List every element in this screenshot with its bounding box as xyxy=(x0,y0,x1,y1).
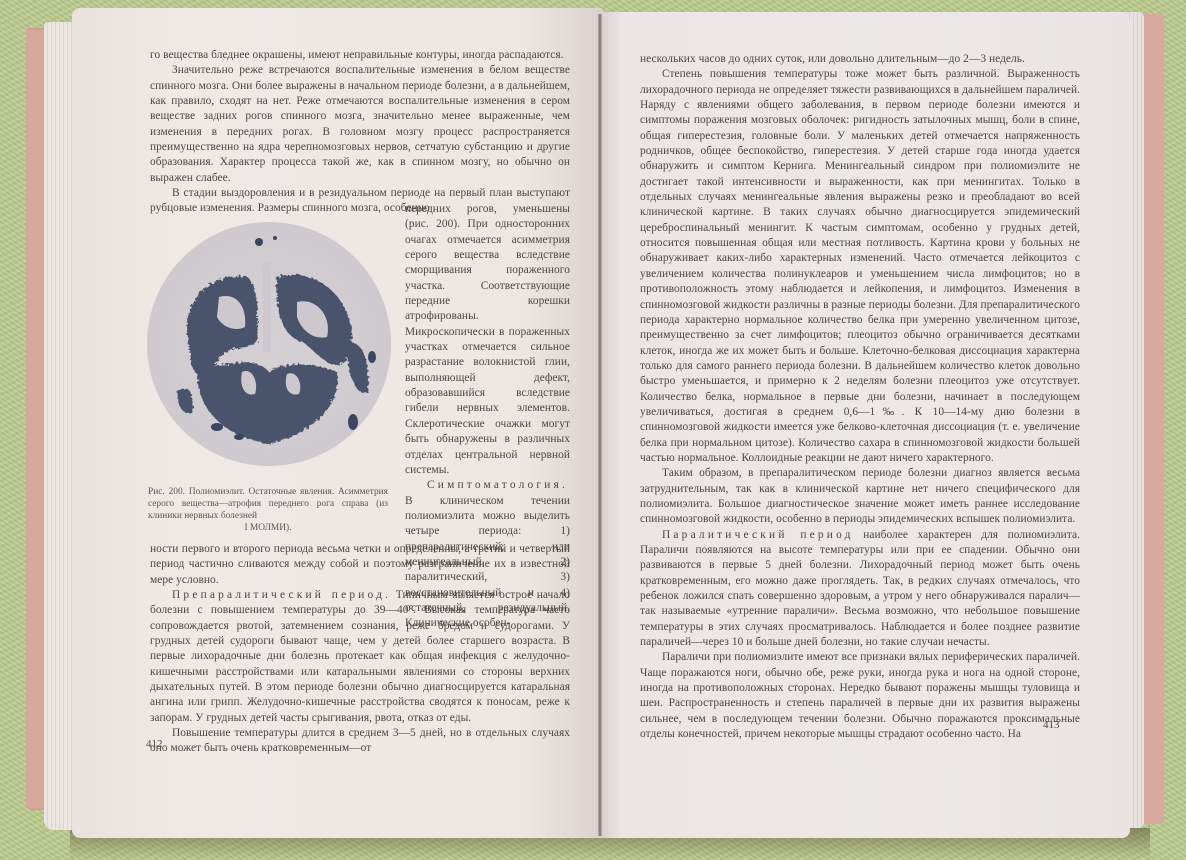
section-heading-preparalytic: Препаралитический период. xyxy=(172,589,391,601)
page-number-right: 413 xyxy=(1043,719,1060,731)
paragraph: Параличи при полиомиэлите имеют все приз… xyxy=(640,650,1080,742)
paragraph: нескольких часов до одних суток, или дов… xyxy=(640,52,1080,67)
paragraph: го вещества бледнее окрашены, имеют непр… xyxy=(150,48,570,63)
paragraph: Таким образом, в препаралитическом перио… xyxy=(640,466,1080,527)
spinal-cord-section-image xyxy=(147,222,391,466)
section-heading-paralytic: Паралитический период xyxy=(662,529,854,541)
figure-caption: Рис. 200. Полиомиэлит. Остаточные явлени… xyxy=(148,486,388,534)
paragraph: наиболее характерен для полиомиэлита. Па… xyxy=(640,529,1080,648)
left-page-bottom-text: ности первого и второго периода весьма ч… xyxy=(150,542,570,757)
right-page-text: нескольких часов до одних суток, или дов… xyxy=(640,52,1080,742)
paragraph: Значительно реже встречаются воспалитель… xyxy=(150,63,570,186)
paragraph: Повышение температуры длится в среднем 3… xyxy=(150,726,570,757)
book-gutter xyxy=(598,14,602,836)
left-page-top-text: го вещества бледнее окрашены, имеют непр… xyxy=(150,48,570,217)
figure-200-micrograph xyxy=(147,222,391,466)
paragraph: Степень повышения температуры тоже может… xyxy=(640,67,1080,466)
paragraph: ности первого и второго периода весьма ч… xyxy=(150,542,570,588)
paragraph: передних рогов, уменьшены (рис. 200). Пр… xyxy=(405,202,570,478)
caption-text-end: I МОЛМИ). xyxy=(148,522,388,534)
page-number-left: 412 xyxy=(146,738,163,750)
paragraph: Типичным является острое начало болезни … xyxy=(150,589,570,724)
caption-text: Рис. 200. Полиомиэлит. Остаточные явлени… xyxy=(148,487,388,521)
section-heading-symptomatology: Симптоматология. xyxy=(427,479,568,491)
